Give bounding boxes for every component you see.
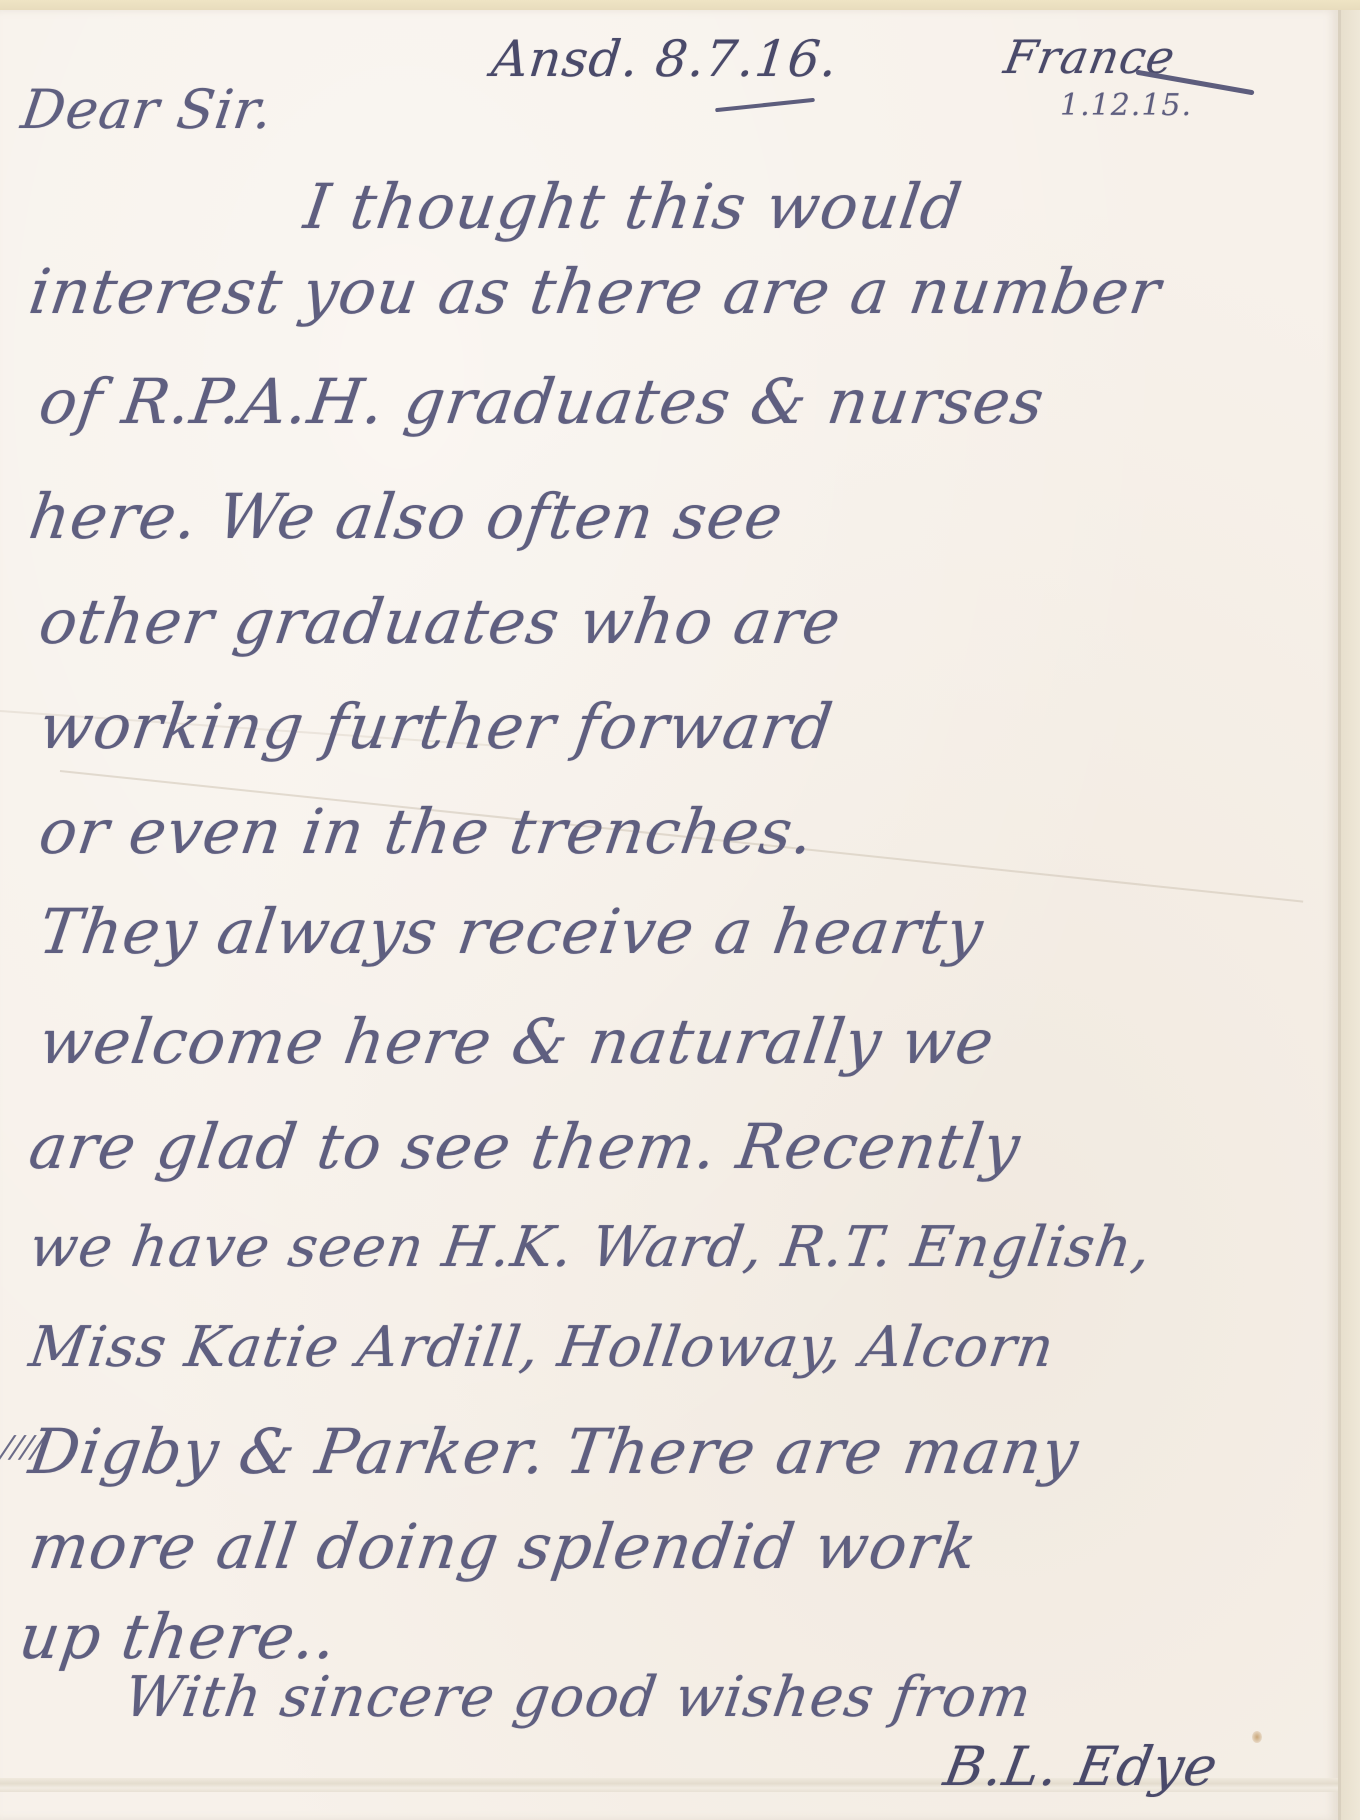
salutation: Dear Sir. [18,78,278,141]
letter-date: 1.12.15. [1060,88,1192,123]
body-line-2: interest you as there are a number [25,255,1166,328]
body-line-15: up there.. [15,1600,342,1673]
answered-annotation: Ansd. 8.7.16. [489,30,841,88]
scan-right-edge [1341,10,1360,1820]
body-line-10: are glad to see them. Recently [25,1110,1025,1183]
body-line-14: more all doing splendid work [25,1510,982,1583]
body-line-7: or even in the trenches. [35,795,819,868]
scan-top-edge [0,0,1360,10]
signature: B.L. Edye [939,1735,1223,1798]
paper-stain [1252,1731,1262,1743]
body-line-12: Miss Katie Ardill, Holloway, Alcorn [25,1315,1058,1380]
body-line-11: we have seen H.K. Ward, R.T. English, [25,1215,1155,1280]
body-line-13: Digby & Parker. There are many [25,1415,1084,1488]
body-line-6: working further forward [35,690,838,763]
body-line-4: here. We also often see [25,480,788,553]
body-line-1: I thought this would [300,170,967,243]
closing: With sincere good wishes from [120,1665,1035,1730]
body-line-9: welcome here & naturally we [35,1005,999,1078]
body-line-8: They always receive a hearty [35,895,988,968]
body-line-3: of R.P.A.H. graduates & nurses [35,365,1049,438]
body-line-5: other graduates who are [35,585,846,658]
